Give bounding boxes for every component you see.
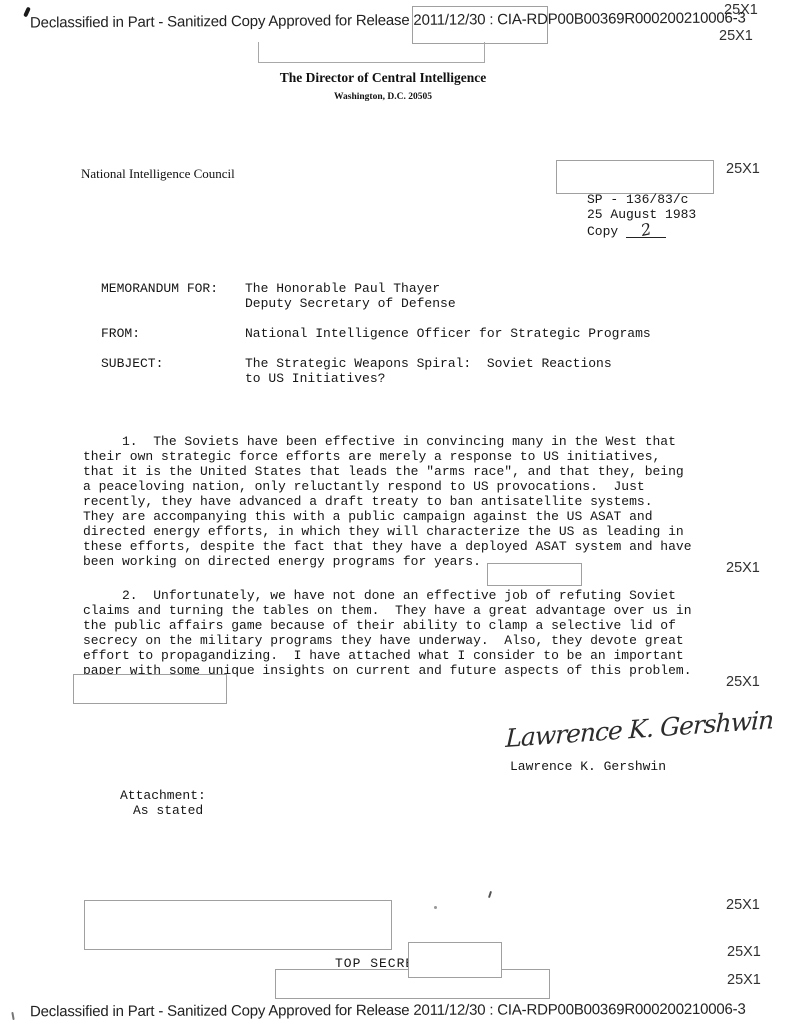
redaction-box — [408, 942, 502, 978]
document-scan-page: Declassified in Part - Sanitized Copy Ap… — [0, 0, 791, 1024]
body-paragraph-2: 2. Unfortunately, we have not done an ef… — [83, 588, 692, 678]
classification-marginal-25x1: 25X1 — [726, 161, 760, 177]
attachment-value: As stated — [133, 803, 203, 818]
copy-label: Copy — [587, 224, 618, 239]
letterhead-council: National Intelligence Council — [81, 166, 235, 182]
memo-to-line1: The Honorable Paul Thayer — [245, 281, 440, 296]
signature-typed-name: Lawrence K. Gershwin — [510, 759, 666, 774]
memo-subject-line2: to US Initiatives? — [245, 371, 385, 386]
memo-to-line2: Deputy Secretary of Defense — [245, 296, 456, 311]
classification-marginal-25x1: 25X1 — [727, 944, 761, 960]
memo-from-value: National Intelligence Officer for Strate… — [245, 326, 651, 341]
letterhead-title: The Director of Central Intelligence — [233, 70, 533, 86]
redaction-box — [556, 160, 714, 194]
doc-number: SP - 136/83/c — [587, 192, 688, 207]
memo-subject-line1: The Strategic Weapons Spiral: Soviet Rea… — [245, 356, 612, 371]
classification-marginal-25x1: 25X1 — [726, 674, 760, 690]
signature-handwritten: Lawrence K. Gershwin — [505, 705, 774, 753]
classification-marginal-25x1: 25X1 — [726, 897, 760, 913]
scan-artifact — [488, 891, 492, 898]
stamp-outline — [258, 42, 485, 63]
copy-line: Copy 2 — [587, 222, 666, 239]
classification-marginal-25x1: 25X1 — [719, 28, 753, 44]
declassification-footer: Declassified in Part - Sanitized Copy Ap… — [30, 1001, 746, 1020]
memo-subject-label: SUBJECT: — [101, 356, 163, 371]
classification-marginal-25x1: 25X1 — [727, 972, 761, 988]
classification-marginal-25x1: 25X1 — [726, 560, 760, 576]
body-paragraph-1: 1. The Soviets have been effective in co… — [83, 434, 692, 569]
memo-to-label: MEMORANDUM FOR: — [101, 281, 218, 296]
declassification-header: Declassified in Part - Sanitized Copy Ap… — [30, 10, 746, 32]
attachment-label: Attachment: — [120, 788, 206, 803]
copy-number-underline: 2 — [626, 222, 666, 238]
copy-number-handwritten: 2 — [639, 221, 652, 238]
letterhead-address: Washington, D.C. 20505 — [233, 92, 533, 102]
scan-artifact — [11, 1012, 14, 1020]
redaction-box — [84, 900, 392, 950]
memo-from-label: FROM: — [101, 326, 140, 341]
redaction-box — [487, 563, 582, 586]
scan-artifact — [434, 906, 437, 909]
redaction-box — [73, 674, 227, 704]
